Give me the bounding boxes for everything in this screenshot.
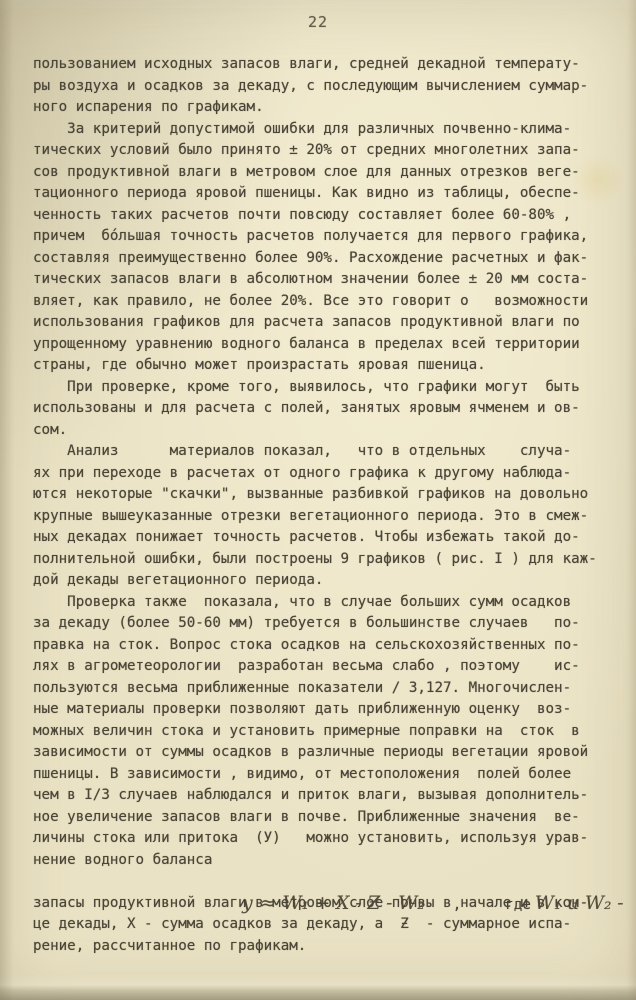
water-balance-formula: у≈W₁ + X - Ƶ - W₂,гдеW₁ и W₂ - xyxy=(33,871,611,893)
paragraph-formula-explanation: запасы продуктивной влаги в метровом сло… xyxy=(33,893,611,958)
page-body-text: пользованием исходных запасов влаги, сре… xyxy=(33,54,611,957)
scanned-page: 22 пользованием исходных запасов влаги, … xyxy=(0,0,636,1000)
paragraph-analysis-jumps: Анализ материалов показал, что в отдельн… xyxy=(33,441,611,592)
paragraph-error-criteria: За критерий допустимой ошибки для различ… xyxy=(33,119,611,377)
paragraph-verification-crops: При проверке, кроме того, выявилось, что… xyxy=(33,377,611,442)
paragraph-intro: пользованием исходных запасов влаги, сре… xyxy=(33,54,611,119)
paragraph-runoff-correction: Проверка также показала, что в случае бо… xyxy=(33,592,611,872)
page-number: 22 xyxy=(0,13,636,31)
